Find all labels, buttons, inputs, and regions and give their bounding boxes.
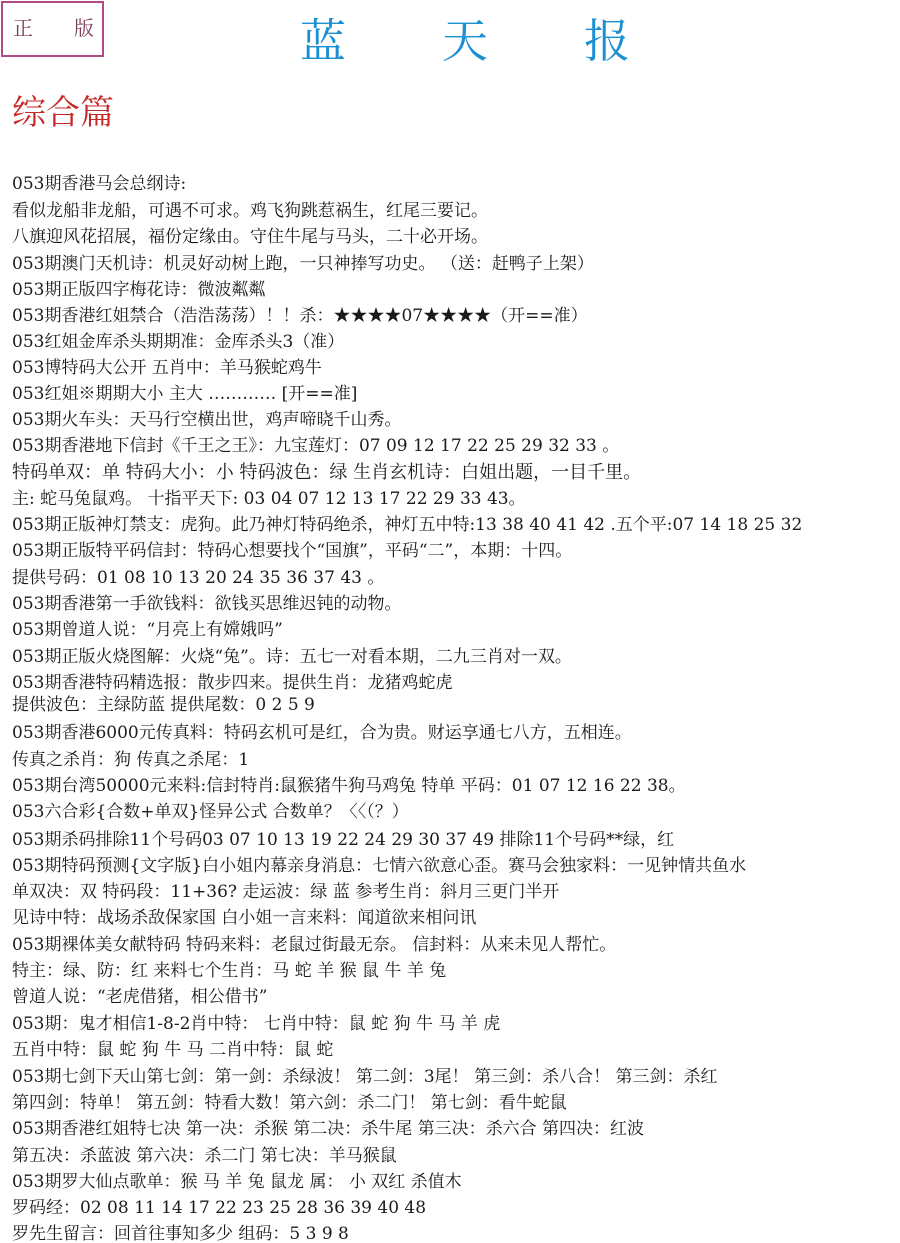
text-line: 五肖中特：鼠 蛇 狗 牛 马 二肖中特：鼠 蛇 xyxy=(12,1038,333,1062)
text-line: 053期香港马会总纲诗: xyxy=(12,172,186,196)
text-line: 053红姐金库杀头期期准：金库杀头3（准） xyxy=(12,330,344,354)
text-line: 特码单双：单 特码大小：小 特码波色：绿 生肖玄机诗：白姐出题，一目千里。 xyxy=(12,461,641,485)
text-line: 八旗迎风花招展，福份定缘由。守住牛尾与马头，二十必开场。 xyxy=(12,225,488,249)
text-line: 053期裸体美女献特码 特码来料：老鼠过街最无奈。 信封料：从来未见人帮忙。 xyxy=(12,933,616,957)
title-char: 天 xyxy=(442,18,488,64)
text-line: 053期香港红姐禁合（浩浩荡荡）！！杀：★★★★07★★★★（开==准） xyxy=(12,304,588,328)
text-line: 053期香港红姐特七决 第一决：杀猴 第二决：杀牛尾 第三决：杀六合 第四决：红… xyxy=(12,1117,644,1141)
text-line: 053期罗大仙点歌单：猴 马 羊 兔 鼠龙 属： 小 双红 杀值木 xyxy=(12,1170,462,1194)
text-line: 053期特码预测{文字版}白小姐内幕亲身消息：七情六欲意心歪。赛马会独家料：一见… xyxy=(12,854,746,878)
text-line: 053期杀码排除11个号码03 07 10 13 19 22 24 29 30 … xyxy=(12,828,674,852)
title-char: 蓝 xyxy=(300,18,346,64)
section-title: 综合篇 xyxy=(12,96,114,130)
title-char: 报 xyxy=(584,18,630,64)
text-line: 053期香港特码精选报：散步四来。提供生肖：龙猪鸡蛇虎 xyxy=(12,671,452,695)
text-line: 053期香港第一手欲钱料：欲钱买思维迟钝的动物。 xyxy=(12,592,401,616)
text-line: 053期香港6000元传真料：特码玄机可是红，合为贵。财运享通七八方，五相连。 xyxy=(12,721,632,745)
text-line: 见诗中特：战场杀敌保家国 白小姐一言来料：闻道欲来相问讯 xyxy=(12,906,476,930)
text-line: 053期正版特平码信封：特码心想要找个“国旗”，平码“二”，本期：十四。 xyxy=(12,539,572,563)
text-line: 053期台湾50000元来料:信封特肖:鼠猴猪牛狗马鸡兔 特单 平码：01 07… xyxy=(12,774,686,798)
text-line: 单双决：双 特码段：11+36? 走运波：绿 蓝 参考生肖：斜月三更门半开 xyxy=(12,880,559,904)
text-line: 提供波色：主绿防蓝 提供尾数：0 2 5 9 xyxy=(12,693,315,717)
text-line: 053期正版火烧图解：火烧“兔”。诗：五七一对看本期，二九三肖对一双。 xyxy=(12,645,572,669)
text-line: 传真之杀肖：狗 传真之杀尾：1 xyxy=(12,748,249,772)
badge-char-right: 版 xyxy=(74,12,94,41)
text-line: 053期七剑下天山第七剑：第一剑：杀绿波！ 第二剑：3尾！ 第三剑：杀八合！ 第… xyxy=(12,1065,717,1089)
badge-char-left: 正 xyxy=(13,12,33,41)
text-line: 053红姐※期期大小 主大 ………… [开==准] xyxy=(12,382,357,406)
text-line: 提供号码：01 08 10 13 20 24 35 36 37 43 。 xyxy=(12,566,384,590)
official-edition-badge: 正 版 xyxy=(1,1,104,57)
text-line: 053期正版四字梅花诗：微波粼粼 xyxy=(12,278,265,302)
text-line: 053六合彩{合数+单双}怪异公式 合数单？〈〈（？） xyxy=(12,800,409,824)
text-line: 第四剑：特单！ 第五剑：特看大数！第六剑：杀二门！ 第七剑：看牛蛇鼠 xyxy=(12,1091,567,1115)
text-line: 053博特码大公开 五肖中：羊马猴蛇鸡牛 xyxy=(12,356,322,380)
text-line: 特主：绿、防：红 来料七个生肖：马 蛇 羊 猴 鼠 牛 羊 兔 xyxy=(12,959,446,983)
text-line: 053期火车头：天马行空横出世，鸡声啼晓千山秀。 xyxy=(12,408,401,432)
page-title: 蓝 天 报 xyxy=(300,18,630,64)
text-line: 053期香港地下信封《千王之王》：九宝莲灯：07 09 12 17 22 25 … xyxy=(12,434,619,458)
text-line: 053期澳门天机诗：机灵好动树上跑，一只神捧写功史。 （送：赶鸭子上架） xyxy=(12,252,594,276)
text-line: 053期曾道人说：“月亮上有嫦娥吗” xyxy=(12,618,283,642)
text-line: 主: 蛇马兔鼠鸡。 十指平天下: 03 04 07 12 13 17 22 29… xyxy=(12,487,526,511)
text-line: 053期：鬼才相信1-8-2肖中特： 七肖中特：鼠 蛇 狗 牛 马 羊 虎 xyxy=(12,1012,500,1036)
text-line: 053期正版神灯禁支：虎狗。此乃神灯特码绝杀，神灯五中特:13 38 40 41… xyxy=(12,513,802,537)
text-line: 看似龙船非龙船，可遇不可求。鸡飞狗跳惹祸生，红尾三要记。 xyxy=(12,199,488,223)
text-line: 第五决：杀蓝波 第六决：杀二门 第七决：羊马猴鼠 xyxy=(12,1144,397,1168)
text-line: 罗码经：02 08 11 14 17 22 23 25 28 36 39 40 … xyxy=(12,1196,426,1220)
text-line: 罗先生留言：回首往事知多少 组码：5 3 9 8 xyxy=(12,1222,349,1243)
text-line: 曾道人说：“老虎借猪，相公借书” xyxy=(12,985,267,1009)
